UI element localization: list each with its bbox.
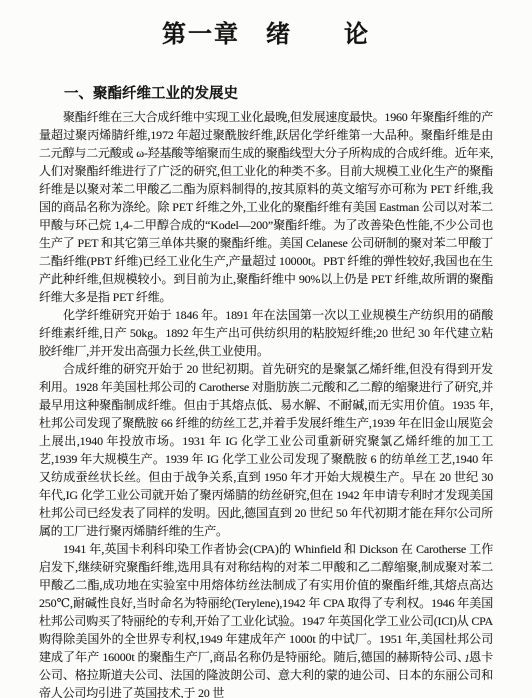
section-heading: 一、聚酯纤维工业的发展史 [64, 86, 493, 102]
body-text: 聚酯纤维在三大合成纤维中实现工业化最晚,但发展速度最快。1960 年聚酯纤维的产… [39, 108, 493, 698]
paragraph-3: 合成纤维的研究开始于 20 世纪初期。首先研究的是聚氯乙烯纤维,但没有得到开发利… [39, 360, 493, 540]
chapter-title: 第一章 绪 论 [39, 16, 493, 50]
paragraph-1: 聚酯纤维在三大合成纤维中实现工业化最晚,但发展速度最快。1960 年聚酯纤维的产… [39, 108, 493, 306]
book-page: 第一章 绪 论 一、聚酯纤维工业的发展史 聚酯纤维在三大合成纤维中实现工业化最晚… [0, 0, 532, 698]
paragraph-4: 1941 年,英国卡利科印染工作者协会(CPA)的 Whinfield 和 Di… [39, 540, 493, 698]
paragraph-2: 化学纤维研究开始于 1846 年。1891 年在法国第一次以工业规模生产纺织用的… [39, 306, 493, 360]
page-number: · 1 · [454, 651, 482, 666]
